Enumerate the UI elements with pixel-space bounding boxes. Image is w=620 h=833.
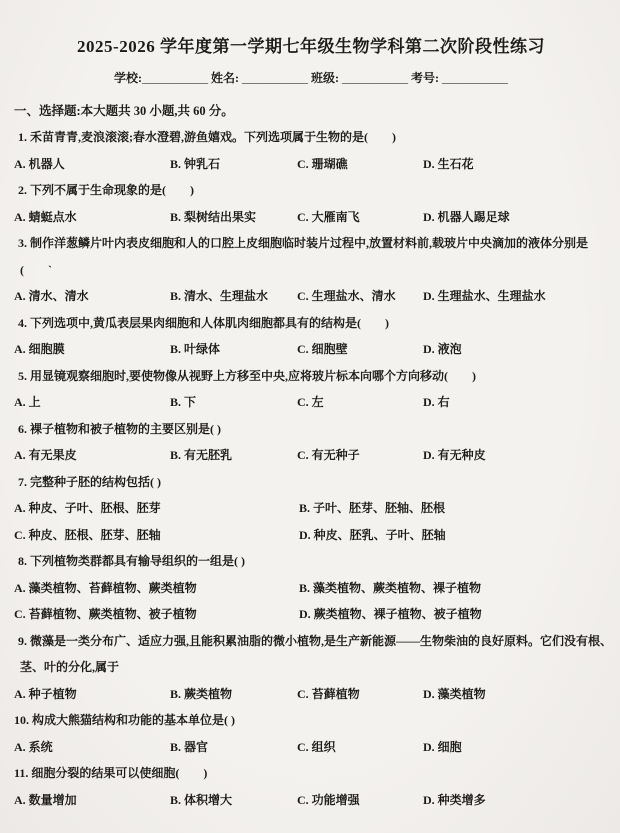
- question-11-option-a: A. 数量增加: [14, 787, 170, 814]
- question-1: 1. 禾苗青青,麦浪滚滚;春水澄碧,游鱼嬉戏。下列选项属于生物的是( ) A. …: [14, 124, 608, 177]
- question-7-option-a: A. 种皮、子叶、胚根、胚芽: [14, 495, 299, 522]
- question-5-options: A. 上 B. 下 C. 左 D. 右: [14, 389, 608, 416]
- question-11-options: A. 数量增加 B. 体积增大 C. 功能增强 D. 种类增多: [14, 787, 608, 814]
- name-label: 姓名:: [211, 71, 239, 85]
- question-1-option-c: C. 珊瑚礁: [297, 151, 423, 178]
- question-10-option-b: B. 器官: [170, 734, 297, 761]
- question-2-options: A. 蜻蜓点水 B. 梨树结出果实 C. 大雁南飞 D. 机器人踢足球: [14, 204, 608, 231]
- question-8: 8. 下列植物类群都具有输导组织的一组是( ) A. 藻类植物、苔藓植物、蕨类植…: [14, 548, 608, 628]
- question-4-option-d: D. 液泡: [423, 336, 608, 363]
- question-10-option-d: D. 细胞: [423, 734, 608, 761]
- question-8-stem: 8. 下列植物类群都具有输导组织的一组是( ): [14, 548, 608, 575]
- question-3-option-d: D. 生理盐水、生理盐水: [423, 283, 608, 310]
- question-10-stem: 10. 构成大熊猫结构和功能的基本单位是( ): [14, 707, 608, 734]
- question-5-option-b: B. 下: [170, 389, 297, 416]
- name-blank-line: ___________: [242, 71, 308, 85]
- question-10: 10. 构成大熊猫结构和功能的基本单位是( ) A. 系统 B. 器官 C. 组…: [14, 707, 608, 760]
- question-5-option-d: D. 右: [423, 389, 608, 416]
- question-6: 6. 裸子植物和被子植物的主要区别是( ) A. 有无果皮 B. 有无胚乳 C.…: [14, 416, 608, 469]
- question-4-option-b: B. 叶绿体: [170, 336, 297, 363]
- question-11-option-c: C. 功能增强: [297, 787, 423, 814]
- examno-field: 考号: ___________: [411, 69, 508, 86]
- question-4-option-a: A. 细胞膜: [14, 336, 170, 363]
- question-5-option-a: A. 上: [14, 389, 170, 416]
- question-3-stem-line2: ( `: [14, 257, 608, 284]
- question-3-options: A. 清水、清水 B. 清水、生理盐水 C. 生理盐水、清水 D. 生理盐水、生…: [14, 283, 608, 310]
- question-11-option-d: D. 种类增多: [423, 787, 608, 814]
- question-2: 2. 下列不属于生命现象的是( ) A. 蜻蜓点水 B. 梨树结出果实 C. 大…: [14, 177, 608, 230]
- class-field: 班级: ___________: [311, 69, 408, 86]
- question-4-stem: 4. 下列选项中,黄瓜表层果肉细胞和人体肌肉细胞都具有的结构是( ): [14, 310, 608, 337]
- examno-label: 考号:: [411, 71, 439, 85]
- question-2-option-c: C. 大雁南飞: [297, 204, 423, 231]
- question-6-option-c: C. 有无种子: [297, 442, 423, 469]
- question-8-option-b: B. 藻类植物、蕨类植物、裸子植物: [299, 575, 608, 602]
- question-11-stem: 11. 细胞分裂的结果可以使细胞( ): [14, 760, 608, 787]
- question-5: 5. 用显镜观察细胞时,要使物像从视野上方移至中央,应将玻片标本向哪个方向移动(…: [14, 363, 608, 416]
- question-1-option-a: A. 机器人: [14, 151, 170, 178]
- exam-paper-page: 2025-2026 学年度第一学期七年级生物学科第二次阶段性练习 学校:____…: [0, 0, 620, 833]
- school-blank-line: ___________: [142, 71, 208, 85]
- question-10-option-c: C. 组织: [297, 734, 423, 761]
- question-6-option-a: A. 有无果皮: [14, 442, 170, 469]
- question-5-option-c: C. 左: [297, 389, 423, 416]
- question-7: 7. 完整种子胚的结构包括( ) A. 种皮、子叶、胚根、胚芽 B. 子叶、胚芽…: [14, 469, 608, 549]
- student-info-row: 学校:___________ 姓名: ___________ 班级: _____…: [14, 69, 608, 86]
- question-10-options: A. 系统 B. 器官 C. 组织 D. 细胞: [14, 734, 608, 761]
- question-6-options: A. 有无果皮 B. 有无胚乳 C. 有无种子 D. 有无种皮: [14, 442, 608, 469]
- question-11-option-b: B. 体积增大: [170, 787, 297, 814]
- question-3-stem: 3. 制作洋葱鳞片叶内表皮细胞和人的口腔上皮细胞临时装片过程中,放置材料前,载玻…: [14, 230, 608, 257]
- question-4: 4. 下列选项中,黄瓜表层果肉细胞和人体肌肉细胞都具有的结构是( ) A. 细胞…: [14, 310, 608, 363]
- question-6-option-b: B. 有无胚乳: [170, 442, 297, 469]
- examno-blank-line: ___________: [442, 71, 508, 85]
- question-4-option-c: C. 细胞壁: [297, 336, 423, 363]
- class-blank-line: ___________: [342, 71, 408, 85]
- question-1-stem: 1. 禾苗青青,麦浪滚滚;春水澄碧,游鱼嬉戏。下列选项属于生物的是( ): [14, 124, 608, 151]
- question-3: 3. 制作洋葱鳞片叶内表皮细胞和人的口腔上皮细胞临时装片过程中,放置材料前,载玻…: [14, 230, 608, 310]
- question-9-option-a: A. 种子植物: [14, 681, 170, 708]
- question-8-option-c: C. 苔藓植物、蕨类植物、被子植物: [14, 601, 299, 628]
- school-field: 学校:___________: [114, 69, 208, 86]
- question-8-option-a: A. 藻类植物、苔藓植物、蕨类植物: [14, 575, 299, 602]
- question-4-options: A. 细胞膜 B. 叶绿体 C. 细胞壁 D. 液泡: [14, 336, 608, 363]
- question-6-stem: 6. 裸子植物和被子植物的主要区别是( ): [14, 416, 608, 443]
- question-2-option-d: D. 机器人踢足球: [423, 204, 608, 231]
- question-9-stem: 9. 微藻是一类分布广、适应力强,且能积累油脂的微小植物,是生产新能源——生物柴…: [14, 628, 608, 655]
- question-9-options: A. 种子植物 B. 蕨类植物 C. 苔藓植物 D. 藻类植物: [14, 681, 608, 708]
- question-11: 11. 细胞分裂的结果可以使细胞( ) A. 数量增加 B. 体积增大 C. 功…: [14, 760, 608, 813]
- question-7-option-c: C. 种皮、胚根、胚芽、胚轴: [14, 522, 299, 549]
- exam-title: 2025-2026 学年度第一学期七年级生物学科第二次阶段性练习: [14, 36, 608, 58]
- question-6-option-d: D. 有无种皮: [423, 442, 608, 469]
- section-heading: 一、选择题:本大题共 30 小题,共 60 分。: [14, 98, 608, 124]
- question-7-options: A. 种皮、子叶、胚根、胚芽 B. 子叶、胚芽、胚轴、胚根 C. 种皮、胚根、胚…: [14, 495, 608, 548]
- question-2-option-a: A. 蜻蜓点水: [14, 204, 170, 231]
- question-1-option-b: B. 钟乳石: [170, 151, 297, 178]
- question-2-stem: 2. 下列不属于生命现象的是( ): [14, 177, 608, 204]
- question-5-stem: 5. 用显镜观察细胞时,要使物像从视野上方移至中央,应将玻片标本向哪个方向移动(…: [14, 363, 608, 390]
- question-9: 9. 微藻是一类分布广、适应力强,且能积累油脂的微小植物,是生产新能源——生物柴…: [14, 628, 608, 708]
- name-field: 姓名: ___________: [211, 69, 308, 86]
- question-9-option-d: D. 藻类植物: [423, 681, 608, 708]
- question-9-option-c: C. 苔藓植物: [297, 681, 423, 708]
- question-3-option-b: B. 清水、生理盐水: [170, 283, 297, 310]
- question-8-options: A. 藻类植物、苔藓植物、蕨类植物 B. 藻类植物、蕨类植物、裸子植物 C. 苔…: [14, 575, 608, 628]
- question-1-option-d: D. 生石花: [423, 151, 608, 178]
- question-3-option-c: C. 生理盐水、清水: [297, 283, 423, 310]
- question-3-option-a: A. 清水、清水: [14, 283, 170, 310]
- question-9-option-b: B. 蕨类植物: [170, 681, 297, 708]
- question-7-option-d: D. 种皮、胚乳、子叶、胚轴: [299, 522, 608, 549]
- question-8-option-d: D. 蕨类植物、裸子植物、被子植物: [299, 601, 608, 628]
- question-2-option-b: B. 梨树结出果实: [170, 204, 297, 231]
- question-9-stem-line2: 茎、叶的分化,属于: [14, 654, 608, 681]
- class-label: 班级:: [311, 71, 339, 85]
- question-1-options: A. 机器人 B. 钟乳石 C. 珊瑚礁 D. 生石花: [14, 151, 608, 178]
- question-7-stem: 7. 完整种子胚的结构包括( ): [14, 469, 608, 496]
- school-label: 学校:: [114, 71, 142, 85]
- question-10-option-a: A. 系统: [14, 734, 170, 761]
- question-7-option-b: B. 子叶、胚芽、胚轴、胚根: [299, 495, 608, 522]
